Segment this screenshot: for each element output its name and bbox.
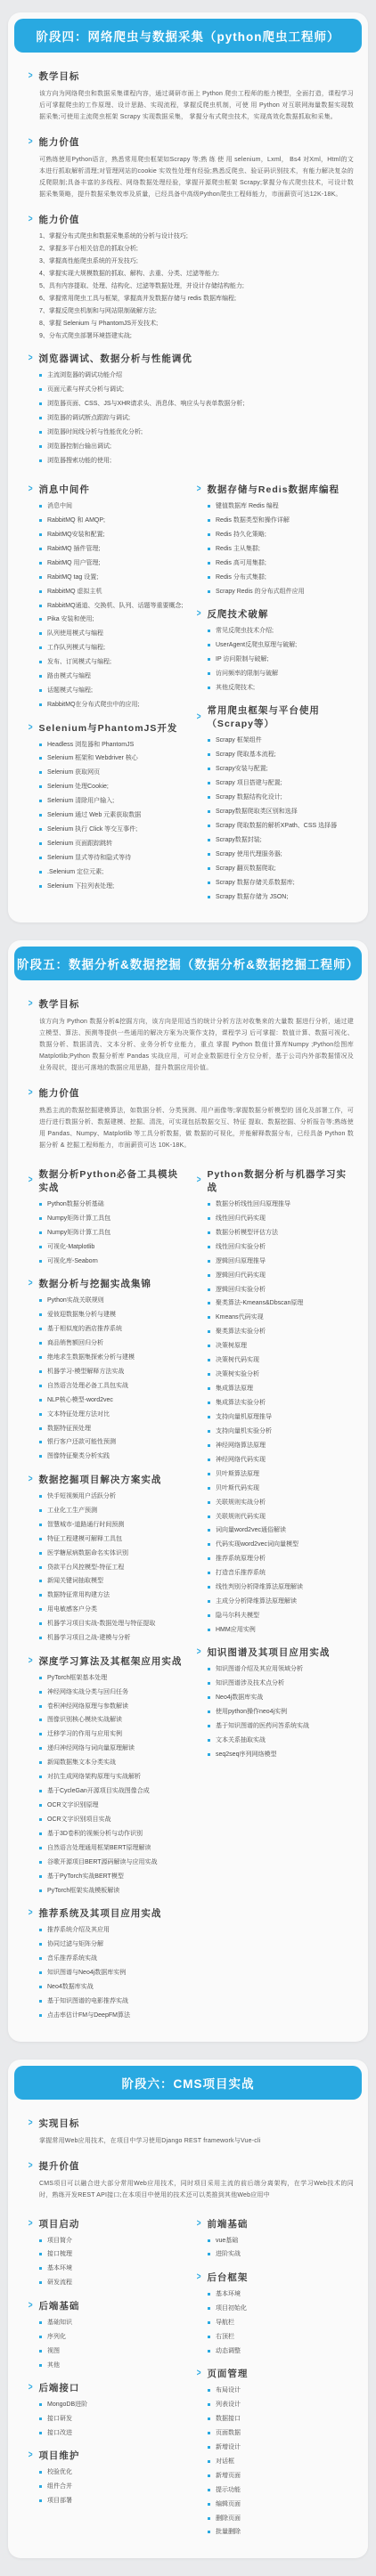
bullet-label: 项目简介: [47, 2237, 72, 2245]
section-header: >深度学习算法及其框架应用实战: [28, 1654, 187, 1668]
section-header: >数据存储与Redis数据库编程: [196, 483, 356, 496]
bullet-label: RabitMQ安装和配置;: [47, 531, 105, 539]
bullet-label: 数据接口: [216, 2415, 241, 2423]
bullet-item: 发布、订阅模式与编程;: [39, 658, 187, 666]
bullet-label: 队列使用模式与编程: [47, 630, 103, 638]
bullet-item: 可视化库-Seaborn: [39, 1257, 187, 1265]
bullet-square-icon: [208, 2389, 210, 2392]
bullet-item: 基于3D卷积的视频分析与动作识别: [39, 1830, 187, 1838]
bullet-item: 项目初始化: [208, 2304, 356, 2312]
bullet-label: Numpy矩阵计算工具包: [47, 1215, 110, 1223]
section-header: >教学目标: [28, 997, 356, 1011]
bullet-item: 神经网络代码实现: [208, 1456, 356, 1464]
section-title: 能力价值: [38, 213, 79, 226]
section-title: 数据挖掘项目解决方案实战: [38, 1473, 161, 1486]
bullet-square-icon: [39, 771, 42, 774]
bullet-item: RabitMQ 插件管理;: [39, 545, 187, 553]
bullet-label: 智慧城市-道路通行时间预测: [47, 1521, 124, 1529]
bullet-square-icon: [39, 1566, 42, 1569]
bullet-label: 浏览器控制台输出调试;: [47, 443, 111, 451]
bullet-square-icon: [39, 1608, 42, 1611]
bullet-item: 递归神经网络与词向量原理解读: [39, 1744, 187, 1752]
course-section: >后端基础基础知识序列化视图其他: [28, 2299, 187, 2369]
bullet-square-icon: [39, 1260, 42, 1263]
bullet-item: 知识图谱介绍及其应用领域分析: [208, 1665, 356, 1673]
section-title: 能力价值: [38, 1086, 79, 1100]
bullet-item: RabitMQ安装和配置;: [39, 531, 187, 539]
bullet-label: RabbitMQ通道、交换机、队列、话题等重要概念;: [47, 602, 183, 610]
bullet-square-icon: [39, 402, 42, 405]
bullet-square-icon: [39, 1231, 42, 1234]
bullet-square-icon: [208, 1501, 210, 1504]
bullet-label: 打造音乐推荐系统: [216, 1569, 266, 1577]
bullet-label: 图像识别核心模块实战解读: [47, 1716, 122, 1724]
bullet-item: 机器学习-模型解释方法实战: [39, 1368, 187, 1376]
bullet-item: 隐马尔科夫模型: [208, 1612, 356, 1620]
bullet-square-icon: [208, 1711, 210, 1713]
bullet-item: RabitMQ tag 设置;: [39, 573, 187, 581]
bullet-square-icon: [208, 1753, 210, 1756]
bullet-item: Scrapy 翻页数据爬取;: [208, 865, 356, 873]
bullet-item: UserAgent反爬虫原理与破解;: [208, 641, 356, 649]
bullet-square-icon: [208, 2503, 210, 2506]
section-header: >能力价值: [28, 135, 356, 149]
bullet-label: Scrapy 数据存储关系数据库;: [216, 879, 295, 887]
bullet-label: 决策树原理: [216, 1342, 247, 1350]
bullet-label: Scrapy 数据结构化设计;: [216, 793, 282, 801]
stage-title: 阶段六：CMS项目实战: [14, 2066, 362, 2100]
bullet-square-icon: [39, 1299, 42, 1302]
bullet-label: 数据特征预处理: [47, 1425, 91, 1433]
bullet-label: 校验优化: [47, 2468, 72, 2476]
bullet-label: 绝地求生数据集探索分析与建模: [47, 1353, 135, 1361]
left-column: >消息中间件消息中间RabbitMQ 和 AMQP;RabitMQ安装和配置;R…: [28, 471, 187, 897]
bullet-label: 编辑页面: [216, 2500, 241, 2508]
chevron-right-icon: >: [197, 609, 201, 619]
bullet-label: 右顶栏: [216, 2333, 234, 2341]
section-header: >消息中间件: [28, 483, 187, 496]
bullet-label: RabitMQ tag 设置;: [47, 573, 98, 581]
bullet-square-icon: [208, 1359, 210, 1361]
section-title: 教学目标: [38, 997, 79, 1011]
course-section: >Selenium与PhantomJS开发Headless 浏览器和 Phant…: [28, 721, 187, 891]
section-header: >后端接口: [28, 2381, 187, 2394]
chevron-right-icon: >: [197, 2219, 201, 2229]
bullet-label: MongoDB进阶: [47, 2401, 87, 2409]
bullet-item: OCR文字识别原理: [39, 1801, 187, 1809]
bullet-item: 线性判别分析降维算法原理解读: [208, 1583, 356, 1591]
section-description: 熟悉主流的数据挖掘建模算法，如数据分析、分类预测、用户画像等;掌握数据分析模型的…: [39, 1106, 354, 1152]
bullet-item: 逻辑回归原理推导: [208, 1257, 356, 1265]
bullet-square-icon: [39, 1637, 42, 1639]
section-title: 后台框架: [207, 2271, 248, 2284]
bullet-label: Scrapy 爬取数据的解析XPath、CSS 选择器: [216, 822, 337, 830]
bullet-square-icon: [208, 644, 210, 646]
bullet-square-icon: [208, 687, 210, 689]
chevron-right-icon: >: [29, 2161, 33, 2171]
bullet-item: 新增页面: [208, 2472, 356, 2480]
bullet-label: Scrapy安装与配置;: [216, 765, 268, 773]
bullet-label: 逻辑回归代码实现: [216, 1272, 266, 1280]
bullet-label: 知识图谱与Neo4j数据库实例: [47, 1969, 126, 1977]
bullet-square-icon: [39, 2321, 42, 2324]
left-column: >数据分析Python必备工具模块实战Python数据分析基础Numpy矩阵计算…: [28, 1156, 187, 2026]
bullet-square-icon: [208, 505, 210, 508]
section-title: 浏览器调试、数据分析与性能调优: [38, 352, 192, 365]
bullet-item: 基于CycleGan开源项目实战图像合成: [39, 1787, 187, 1795]
section-title: 数据存储与Redis数据库编程: [207, 483, 339, 496]
chevron-right-icon: >: [29, 2383, 33, 2393]
section-header: >能力价值: [28, 213, 356, 226]
bullet-item: Redis 持久化策略;: [208, 531, 356, 539]
section-title: Selenium与PhantomJS开发: [38, 721, 177, 735]
bullet-label: 其他反爬技术;: [216, 684, 255, 692]
bullet-item: 图像特征聚类分析实践: [39, 1452, 187, 1460]
bullet-list: 项目简介接口梳理基本环境研发流程: [28, 2237, 187, 2288]
bullet-square-icon: [208, 853, 210, 856]
section-header: >推荐系统及其项目应用实战: [28, 1906, 187, 1920]
bullet-label: OCR文字识别项目实战: [47, 1816, 111, 1824]
bullet-label: 新闻关键词抽取模型: [47, 1577, 103, 1585]
bullet-square-icon: [39, 2499, 42, 2502]
bullet-item: Numpy矩阵计算工具包: [39, 1215, 187, 1223]
bullet-label: 线性回归实验分析: [216, 1243, 266, 1251]
bullet-item: 视图: [39, 2347, 187, 2355]
bullet-square-icon: [208, 1373, 210, 1376]
bullet-label: 逻辑回归实验分析: [216, 1286, 266, 1294]
bullet-item: Selenium 获取网页: [39, 768, 187, 776]
section-header: >后台框架: [196, 2271, 356, 2284]
bullet-square-icon: [39, 689, 42, 692]
bullet-label: RabitMQ 用户管理;: [47, 559, 101, 567]
bullet-label: 集成算法实验分析: [216, 1399, 266, 1407]
bullet-label: .Selenium 定位元素;: [47, 868, 103, 876]
bullet-label: 递归神经网络与词向量原理解读: [47, 1744, 135, 1752]
bullet-item: 支持向量机原理推导: [208, 1413, 356, 1421]
numbered-item: 2、掌握多平台相关信息的抓取分析;: [39, 245, 356, 253]
bullet-square-icon: [39, 562, 42, 565]
chevron-right-icon: >: [29, 137, 33, 147]
bullet-square-icon: [208, 768, 210, 770]
bullet-square-icon: [39, 646, 42, 649]
bullet-square-icon: [39, 1776, 42, 1778]
bullet-square-icon: [39, 703, 42, 706]
bullet-item: 数据特征常用构建方法: [39, 1591, 187, 1599]
bullet-square-icon: [208, 1696, 210, 1699]
bullet-item: 数据分析模型评估方法: [208, 1229, 356, 1237]
bullet-label: 神经网络代码实现: [216, 1456, 266, 1464]
bullet-label: RabbitMQ 和 AMQP;: [47, 516, 105, 524]
bullet-square-icon: [39, 2014, 42, 2017]
section-title: 数据分析Python必备工具模块实战: [38, 1167, 187, 1194]
bullet-label: 接口研发: [47, 2415, 72, 2423]
bullet-square-icon: [39, 828, 42, 831]
course-section: >前端基础vue基础进阶实战: [196, 2217, 356, 2259]
bullet-square-icon: [39, 1370, 42, 1373]
bullet-label: 进阶实战: [216, 2250, 241, 2258]
bullet-item: Pika 安装和使用;: [39, 615, 187, 623]
section-description: 该方向为 Python 数据分析&挖掘方向，该方向是用适当的统计分析方法对收集来…: [39, 1017, 354, 1075]
bullet-label: Redis 分布式集群;: [216, 573, 266, 581]
bullet-square-icon: [208, 796, 210, 799]
bullet-item: 知识图谱与Neo4j数据库实例: [39, 1969, 187, 1977]
bullet-item: 决策树代码实现: [208, 1356, 356, 1364]
bullet-item: 页面元素与样式分析与调试;: [39, 386, 356, 394]
bullet-label: 动态调整: [216, 2347, 241, 2355]
bullet-label: 新增设计: [216, 2443, 241, 2451]
chevron-right-icon: >: [197, 1647, 201, 1657]
bullet-square-icon: [39, 757, 42, 760]
bullet-label: Selenium 框架和 Webdriver 核心: [47, 754, 138, 762]
bullet-list: 知识图谱介绍及其应用领域分析知识图谱涉及技术点分析Neo4j数据库实战使用pyt…: [196, 1665, 356, 1759]
bullet-item: 基于PyTorch实战BERT模型: [39, 1873, 187, 1881]
bullet-item: 卷积神经网络原理与参数解读: [39, 1702, 187, 1711]
bullet-item: 浏览器控制台输出调试;: [39, 443, 356, 451]
bullet-label: RabitMQ 插件管理;: [47, 545, 101, 553]
bullet-item: Python数据分析基础: [39, 1200, 187, 1208]
bullet-item: 聚类算法-Kmeans&Dbscan原理: [208, 1299, 356, 1307]
bullet-list: 消息中间RabbitMQ 和 AMQP;RabitMQ安装和配置;RabitMQ…: [28, 502, 187, 710]
course-section: >数据分析与挖掘实战集锦Python实战关联规则爱彼迎数据集分析与建模基于相似度…: [28, 1277, 187, 1461]
section-header: >提升价值: [28, 2159, 356, 2173]
bullet-label: 谷歌开源项目BERT源码解读与应用实战: [47, 1858, 158, 1866]
course-section: >Python数据分析与机器学习实战数据分析线性回归原理推导线性回归代码实现数据…: [196, 1167, 356, 1635]
bullet-label: 可视化-Matplotlib: [47, 1243, 94, 1251]
bullet-label: Pika 安装和使用;: [47, 615, 94, 623]
bullet-label: 自然语言处理通用框架BERT原理解读: [47, 1844, 151, 1852]
bullet-label: Scrapy Redis 的分布式组件应用: [216, 588, 305, 596]
bullet-square-icon: [39, 1399, 42, 1402]
bullet-square-icon: [39, 1509, 42, 1512]
bullet-item: 特征工程建模可解释工具包: [39, 1535, 187, 1543]
bullet-item: 谷歌开源项目BERT源码解读与应用实战: [39, 1858, 187, 1866]
bullet-label: 页面数据: [216, 2429, 241, 2437]
bullet-item: vue基础: [208, 2237, 356, 2245]
bullet-square-icon: [39, 1455, 42, 1458]
bullet-item: PyTorch框架基本处理: [39, 1674, 187, 1682]
bullet-square-icon: [208, 2446, 210, 2449]
bullet-list: Scrapy 框架组件Scrapy 爬取基本流程;Scrapy安装与配置;Scr…: [196, 736, 356, 901]
bullet-label: 神经网络实战分类与回归任务: [47, 1688, 128, 1696]
bullet-item: PyTorch框架实战模板解读: [39, 1887, 187, 1895]
course-section: >反爬技术破解常见反爬虫技术介绍;UserAgent反爬虫原理与破解;IP 访问…: [196, 607, 356, 692]
bullet-list: 快手短视频用户活跃分析工业化工生产预测智慧城市-道路通行时间预测特征工程建模可解…: [28, 1492, 187, 1643]
bullet-item: 自然语言处理必备工具包实战: [39, 1382, 187, 1390]
chevron-right-icon: >: [197, 1175, 201, 1185]
bullet-label: 基于相似度的酒店推荐系统: [47, 1325, 122, 1333]
chevron-right-icon: >: [29, 484, 33, 494]
bullet-square-icon: [39, 2336, 42, 2338]
section-header: >常用爬虫框架与平台使用（Scrapy等）: [196, 703, 356, 730]
bullet-label: Redis 高可用集群;: [216, 559, 266, 567]
chevron-right-icon: >: [29, 2118, 33, 2128]
bullet-square-icon: [39, 2000, 42, 2003]
bullet-square-icon: [39, 1385, 42, 1387]
bullet-square-icon: [208, 2460, 210, 2463]
bullet-label: 聚类算法-Kmeans&Dbscan原理: [216, 1299, 303, 1307]
bullet-label: 商品销售额回归分析: [47, 1339, 103, 1347]
bullet-item: 访问频率的限制与破解: [208, 670, 356, 678]
bullet-label: 决策树实验分析: [216, 1370, 259, 1378]
bullet-square-icon: [39, 1957, 42, 1960]
bullet-item: 数据接口: [208, 2415, 356, 2423]
bullet-square-icon: [208, 1402, 210, 1404]
bullet-square-icon: [208, 2489, 210, 2491]
bullet-square-icon: [208, 1444, 210, 1447]
bullet-label: 决策树代码实现: [216, 1356, 259, 1364]
bullet-square-icon: [39, 2281, 42, 2284]
bullet-label: 页面元素与样式分析与调试;: [47, 386, 124, 394]
bullet-item: 协同过滤与矩阵分解: [39, 1940, 187, 1948]
bullet-label: 贝叶斯代码实现: [216, 1484, 259, 1492]
bullet-square-icon: [208, 1725, 210, 1727]
bullet-square-icon: [39, 576, 42, 579]
stage-card: 阶段六：CMS项目实战>实现目标掌握常用Web应用技术，在项目中学习使用Djan…: [8, 2060, 368, 2559]
bullet-label: Redis 持久化策略;: [216, 531, 266, 539]
bullet-label: 新增页面: [216, 2472, 241, 2480]
chevron-right-icon: >: [29, 2219, 33, 2229]
bullet-item: NLP核心模型-word2vec: [39, 1396, 187, 1404]
bullet-item: Scrapy 使用代理服务器;: [208, 850, 356, 858]
chevron-right-icon: >: [197, 2369, 201, 2378]
bullet-square-icon: [39, 1580, 42, 1582]
bullet-label: RabbitMQ 虚拟主机: [47, 588, 102, 596]
course-section: >教学目标该方向为网络爬虫和数据采集课程内容，通过调研市面上 Python 爬虫…: [28, 69, 356, 124]
bullet-label: 神经网络算法原理: [216, 1442, 266, 1450]
bullet-item: 删除页面: [208, 2515, 356, 2523]
bullet-item: 导航栏: [208, 2319, 356, 2327]
bullet-square-icon: [208, 2336, 210, 2338]
course-section: >常用爬虫框架与平台使用（Scrapy等）Scrapy 框架组件Scrapy 爬…: [196, 703, 356, 901]
bullet-square-icon: [208, 2293, 210, 2296]
bullet-square-icon: [39, 519, 42, 522]
bullet-square-icon: [39, 2253, 42, 2255]
bullet-item: 音乐推荐系统实战: [39, 1954, 187, 1962]
bullet-item: Redis 高可用集群;: [208, 559, 356, 567]
bullet-square-icon: [208, 882, 210, 884]
bullet-item: 页面数据: [208, 2429, 356, 2437]
stage-body: >实现目标掌握常用Web应用技术，在项目中学习使用Django REST fra…: [8, 2101, 368, 2547]
bullet-square-icon: [39, 1847, 42, 1849]
bullet-label: Kmeans代码实现: [216, 1313, 264, 1321]
section-header: >Selenium与PhantomJS开发: [28, 721, 187, 735]
bullet-item: .Selenium 定位元素;: [39, 868, 187, 876]
bullet-square-icon: [208, 1543, 210, 1546]
chevron-right-icon: >: [197, 2272, 201, 2282]
bullet-label: 常见反爬虫技术介绍;: [216, 627, 274, 635]
chevron-right-icon: >: [29, 2450, 33, 2460]
bullet-square-icon: [39, 1943, 42, 1946]
bullet-label: 访问频率的限制与破解: [216, 670, 278, 678]
bullet-item: 代码实现word2vec词向量模型: [208, 1540, 356, 1548]
numbered-item: 4、掌握实现大规模数据的抓取、解构、去重、分类、过滤等能力;: [39, 270, 356, 278]
bullet-label: 新闻数据集文本分类实战: [47, 1759, 116, 1767]
bullet-label: 数据分析线性回归原理推导: [216, 1200, 290, 1208]
bullet-label: 特征工程建模可解释工具包: [47, 1535, 122, 1543]
bullet-label: 对话框: [216, 2458, 234, 2466]
bullet-item: 对抗生成网络架构原理与实战解析: [39, 1773, 187, 1781]
bullet-item: 神经网络实战分类与回归任务: [39, 1688, 187, 1696]
bullet-label: 批量删除: [216, 2528, 241, 2536]
bullet-item: 决策树原理: [208, 1342, 356, 1350]
bullet-label: Selenium 下拉列表处理;: [47, 882, 114, 890]
bullet-label: PyTorch框架实战模板解读: [47, 1887, 119, 1895]
bullet-item: 贝叶斯代码实现: [208, 1484, 356, 1492]
bullet-item: 队列使用模式与编程: [39, 630, 187, 638]
bullet-label: 发布、订阅模式与编程;: [47, 658, 111, 666]
bullet-item: 项目简介: [39, 2237, 187, 2245]
bullet-square-icon: [208, 2517, 210, 2520]
bullet-item: 接口改进: [39, 2429, 187, 2437]
bullet-square-icon: [39, 1719, 42, 1721]
bullet-square-icon: [39, 1427, 42, 1430]
bullet-square-icon: [39, 1804, 42, 1807]
bullet-item: 决策树实验分析: [208, 1370, 356, 1378]
bullet-item: Selenium 通过 Web 元素获取数据: [39, 811, 187, 819]
bullet-label: 线性回归代码实现: [216, 1215, 266, 1223]
bullet-item: 研发流程: [39, 2279, 187, 2287]
curriculum-page: 阶段四：网络爬虫与数据采集（python爬虫工程师）>教学目标该方向为网络爬虫和…: [0, 12, 376, 2558]
chevron-right-icon: >: [29, 1279, 33, 1288]
bullet-item: 逻辑回归代码实现: [208, 1272, 356, 1280]
bullet-label: 使用python操作neo4j实例: [216, 1708, 287, 1716]
bullet-item: 数据特征预处理: [39, 1425, 187, 1433]
bullet-square-icon: [39, 459, 42, 462]
bullet-label: Scrapy 使用代理服务器;: [216, 850, 282, 858]
chevron-right-icon: >: [29, 215, 33, 224]
bullet-square-icon: [39, 632, 42, 635]
bullet-label: 浏览器的调试断点跟踪与调试;: [47, 414, 130, 422]
bullet-square-icon: [208, 753, 210, 756]
bullet-square-icon: [39, 857, 42, 859]
bullet-square-icon: [39, 548, 42, 550]
bullet-square-icon: [208, 562, 210, 565]
bullet-item: 绝地求生数据集探索分析与建模: [39, 1353, 187, 1361]
bullet-list: PyTorch框架基本处理神经网络实战分类与回归任务卷积神经网络原理与参数解读图…: [28, 1674, 187, 1896]
bullet-square-icon: [208, 1345, 210, 1347]
bullet-square-icon: [208, 1330, 210, 1333]
bullet-square-icon: [39, 1524, 42, 1526]
bullet-label: Python数据分析基础: [47, 1200, 104, 1208]
stage-card: 阶段五：数据分析&数据挖掘（数据分析&数据挖掘工程师）>教学目标该方向为 Pyt…: [8, 940, 368, 2041]
bullet-item: 基本环境: [208, 2290, 356, 2298]
bullet-label: 贷款平台风控模型-特征工程: [47, 1564, 124, 1572]
bullet-label: UserAgent反爬虫原理与破解;: [216, 641, 297, 649]
chevron-right-icon: >: [29, 1908, 33, 1918]
bullet-label: 代码实现word2vec词向量模型: [216, 1540, 298, 1548]
bullet-item: Scrapy 项目搭建与配置;: [208, 779, 356, 787]
bullet-item: 爱彼迎数据集分析与建模: [39, 1311, 187, 1319]
bullet-list: MongoDB进阶接口研发接口改进: [28, 2401, 187, 2437]
stage-title: 阶段四：网络爬虫与数据采集（python爬虫工程师）: [14, 19, 362, 53]
bullet-label: 卷积神经网络原理与参数解读: [47, 1702, 128, 1711]
bullet-label: 图像特征聚类分析实践: [47, 1452, 110, 1460]
bullet-square-icon: [39, 533, 42, 536]
bullet-square-icon: [39, 431, 42, 434]
bullet-square-icon: [208, 1246, 210, 1248]
two-column-layout: >数据分析Python必备工具模块实战Python数据分析基础Numpy矩阵计算…: [28, 1156, 356, 2026]
course-section: >数据存储与Redis数据库编程键值数据库 Redis 编程Redis 数据类型…: [196, 483, 356, 596]
bullet-item: 商品销售额回归分析: [39, 1339, 187, 1347]
bullet-label: 项目部署: [47, 2497, 72, 2505]
section-title: 消息中间件: [38, 483, 90, 496]
bullet-item: Scrapy数据封装;: [208, 836, 356, 844]
bullet-label: Selenium 获取网页: [47, 768, 100, 776]
bullet-item: 浏览器搜索功能的使用;: [39, 457, 356, 465]
bullet-item: 路由模式与编程: [39, 672, 187, 680]
right-column: >Python数据分析与机器学习实战数据分析线性回归原理推导线性回归代码实现数据…: [196, 1156, 356, 1765]
bullet-item: 常见反爬虫技术介绍;: [208, 627, 356, 635]
